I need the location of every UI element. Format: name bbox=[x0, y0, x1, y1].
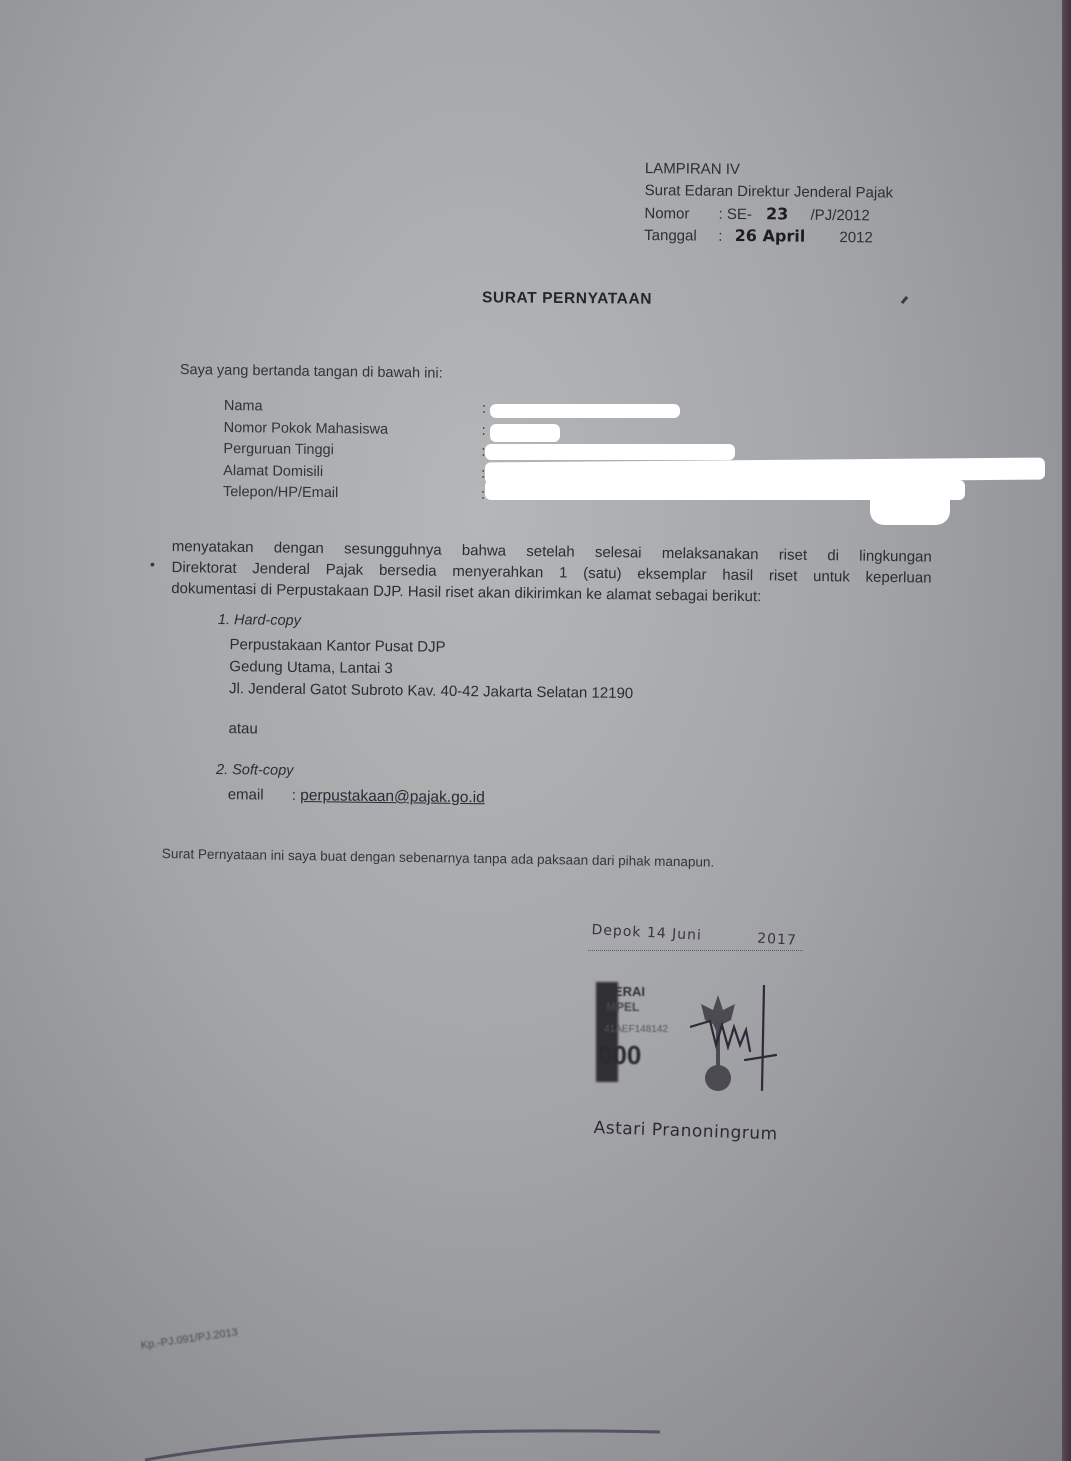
signature-year: 2017 bbox=[757, 931, 797, 949]
redaction-name bbox=[490, 404, 680, 418]
stamp-value: 000 bbox=[598, 1040, 641, 1071]
field-label: Nomor Pokok Mahasiswa bbox=[224, 419, 389, 437]
appendix-header: LAMPIRAN IV Surat Edaran Direktur Jender… bbox=[644, 158, 893, 249]
field-row-contact: Telepon/HP/Email : bbox=[223, 482, 388, 505]
number-label: Nomor bbox=[644, 203, 714, 226]
field-row-university: Perguruan Tinggi : bbox=[223, 439, 388, 462]
stamp-code: 41AEF148142 bbox=[604, 1024, 668, 1035]
field-colon: : bbox=[482, 420, 486, 442]
appendix-subtitle: Surat Edaran Direktur Jenderal Pajak bbox=[645, 180, 894, 205]
date-colon: : bbox=[718, 228, 722, 245]
field-row-address: Alamat Domisili : bbox=[223, 460, 388, 483]
background-edge bbox=[1062, 0, 1071, 1461]
number-prefix: : SE- bbox=[718, 206, 752, 223]
appendix-number: Nomor : SE- 23 /PJ/2012 bbox=[644, 202, 893, 227]
number-suffix: /PJ/2012 bbox=[810, 207, 869, 225]
email-colon: : bbox=[292, 787, 296, 804]
signature-icon bbox=[690, 985, 780, 1095]
duty-stamp: TERAI MPEL 41AEF148142 000 bbox=[592, 980, 702, 1088]
redaction-student-number bbox=[490, 424, 560, 442]
field-colon: : bbox=[482, 399, 486, 421]
appendix-label: LAMPIRAN IV bbox=[645, 158, 894, 183]
field-label: Telepon/HP/Email bbox=[223, 484, 338, 501]
field-label: Alamat Domisili bbox=[223, 462, 323, 479]
number-handwritten: 23 bbox=[766, 204, 788, 223]
email-label: email bbox=[228, 786, 264, 803]
date-handwritten: 26 April bbox=[735, 226, 806, 246]
field-row-student-number: Nomor Pokok Mahasiswa : bbox=[224, 417, 389, 440]
statement-paragraph: menyatakan dengan sesungguhnya bahwa set… bbox=[171, 536, 932, 610]
date-year: 2012 bbox=[839, 229, 873, 246]
stamp-title-1: TERAI bbox=[606, 984, 645, 999]
identity-fields: Nama : Nomor Pokok Mahasiswa : Perguruan… bbox=[223, 396, 389, 505]
redaction-contact-tail bbox=[870, 495, 950, 525]
field-row-name: Nama : bbox=[224, 396, 389, 419]
date-label: Tanggal bbox=[644, 225, 714, 248]
redaction-university bbox=[485, 444, 735, 460]
field-label: Perguruan Tinggi bbox=[223, 441, 334, 458]
stamp-title-2: MPEL bbox=[606, 1000, 639, 1014]
email-link[interactable]: perpustakaan@pajak.go.id bbox=[300, 787, 485, 806]
document-title: SURAT PERNYATAAN bbox=[482, 289, 652, 308]
delivery-list: 1. Hard-copy Perpustakaan Kantor Pusat D… bbox=[216, 612, 634, 809]
or-text: atau bbox=[216, 720, 633, 767]
field-label: Nama bbox=[224, 398, 263, 414]
appendix-date: Tanggal : 26 April 2012 bbox=[644, 224, 893, 249]
date-dotted-line bbox=[588, 950, 803, 951]
pen-stroke bbox=[140, 1420, 700, 1461]
hardcopy-address-line: Jl. Jenderal Gatot Subroto Kav. 40-42 Ja… bbox=[217, 680, 634, 725]
bullet-mark: • bbox=[150, 556, 155, 572]
